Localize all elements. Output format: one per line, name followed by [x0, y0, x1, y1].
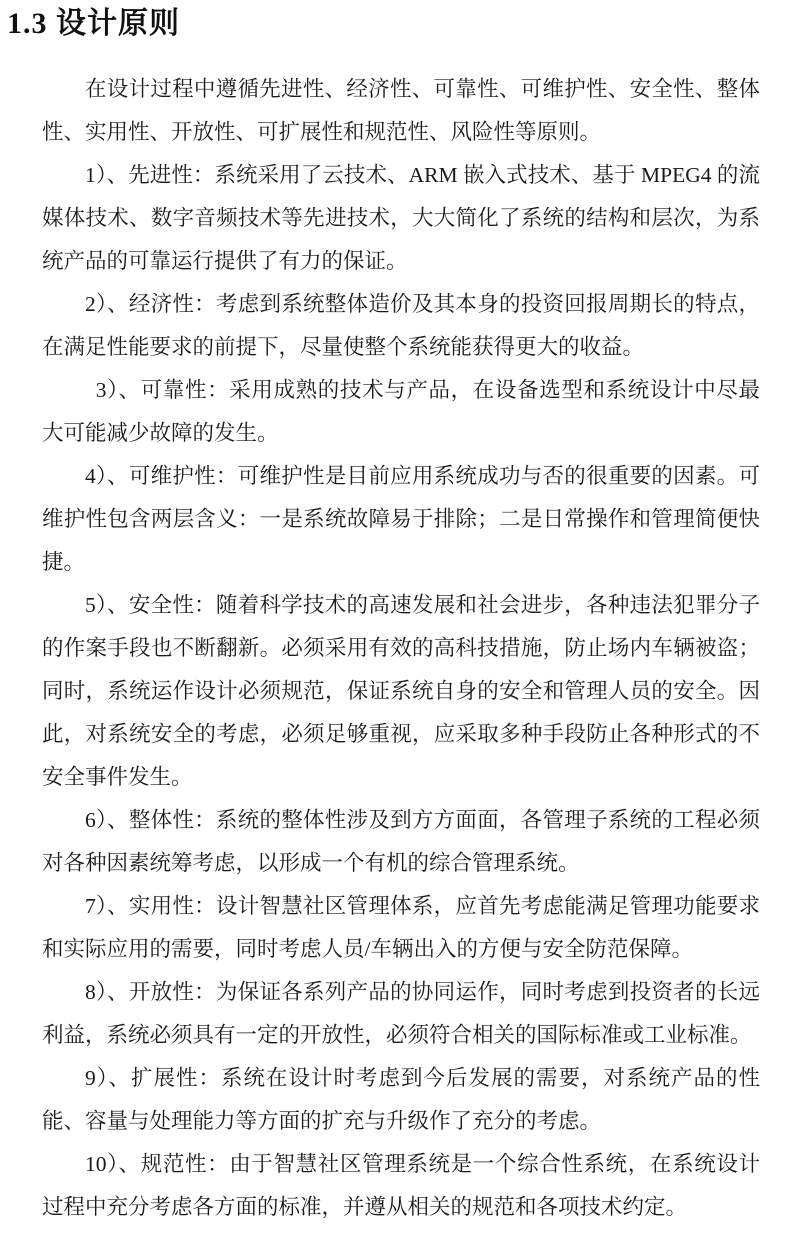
- paragraph-reliability: 3）、可靠性：采用成熟的技术与产品，在设备选型和系统设计中尽最大可能减少故障的发…: [42, 369, 760, 455]
- paragraph-intro: 在设计过程中遵循先进性、经济性、可靠性、可维护性、安全性、整体性、实用性、开放性…: [42, 68, 760, 154]
- paragraph-standardization: 10）、规范性：由于智慧社区管理系统是一个综合性系统，在系统设计过程中充分考虑各…: [42, 1143, 760, 1229]
- paragraph-practicality: 7）、实用性：设计智慧社区管理体系，应首先考虑能满足管理功能要求和实际应用的需要…: [42, 885, 760, 971]
- paragraph-maintainability: 4）、可维护性：可维护性是目前应用系统成功与否的很重要的因素。可维护性包含两层含…: [42, 455, 760, 584]
- paragraph-openness: 8）、开放性：为保证各系列产品的协同运作，同时考虑到投资者的长远利益，系统必须具…: [42, 971, 760, 1057]
- section-heading: 1.3 设计原则: [7, 6, 800, 42]
- document-page: 1.3 设计原则 在设计过程中遵循先进性、经济性、可靠性、可维护性、安全性、整体…: [0, 0, 800, 1240]
- paragraph-security: 5）、安全性：随着科学技术的高速发展和社会进步，各种违法犯罪分子的作案手段也不断…: [42, 584, 760, 799]
- paragraph-economy: 2）、经济性：考虑到系统整体造价及其本身的投资回报周期长的特点，在满足性能要求的…: [42, 283, 760, 369]
- paragraph-advancement: 1）、先进性：系统采用了云技术、ARM 嵌入式技术、基于 MPEG4 的流媒体技…: [42, 154, 760, 283]
- document-body: 在设计过程中遵循先进性、经济性、可靠性、可维护性、安全性、整体性、实用性、开放性…: [42, 68, 760, 1229]
- paragraph-scalability: 9）、扩展性：系统在设计时考虑到今后发展的需要，对系统产品的性能、容量与处理能力…: [42, 1057, 760, 1143]
- paragraph-integrity: 6）、整体性：系统的整体性涉及到方方面面，各管理子系统的工程必须对各种因素统筹考…: [42, 799, 760, 885]
